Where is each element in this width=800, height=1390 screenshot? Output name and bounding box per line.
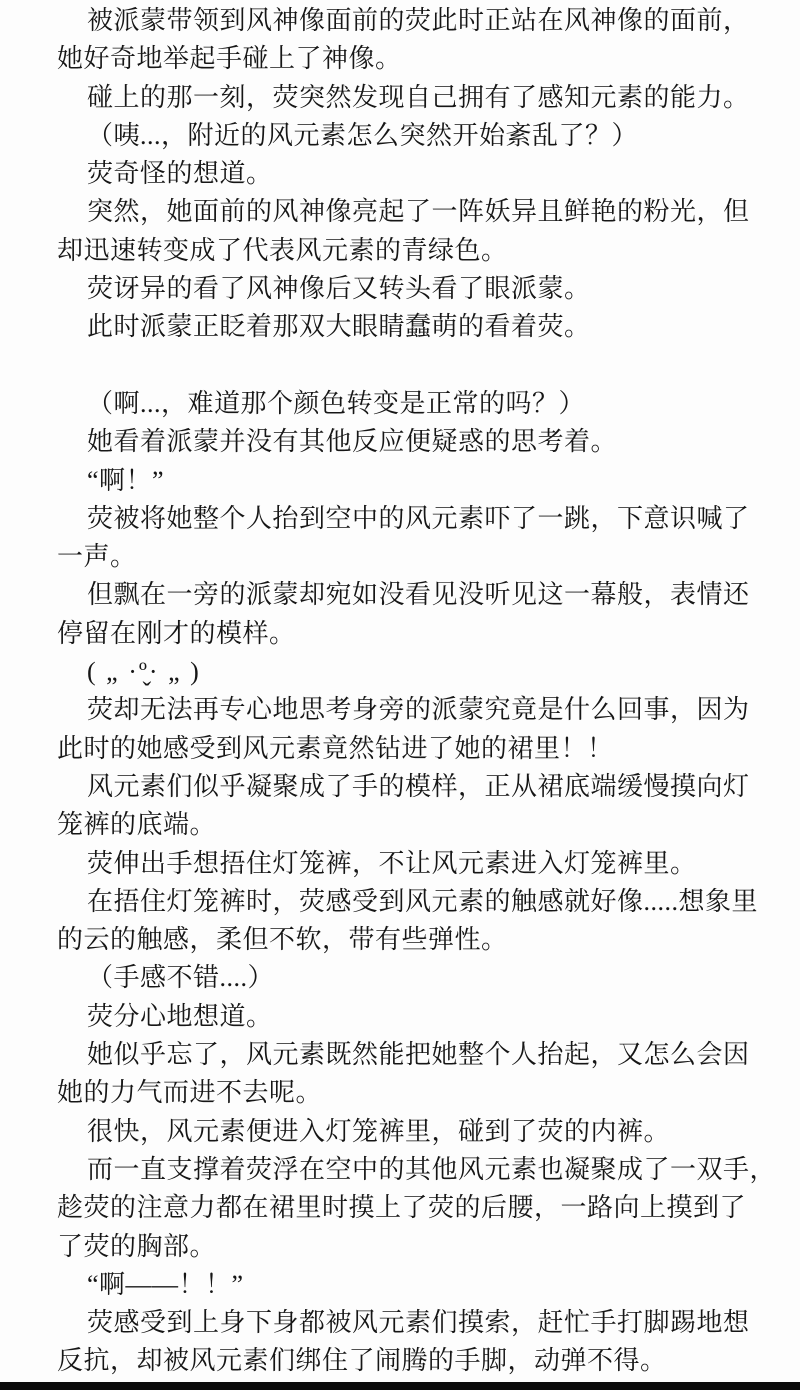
bottom-bar <box>0 1382 800 1390</box>
text-line: 荧分心地想道。 <box>57 998 756 1036</box>
text-line: 此时派蒙正眨着那双大眼睛蠢萌的看着荧。 <box>57 308 756 346</box>
text-line: 她的力气而进不去呢。 <box>57 1074 756 1112</box>
text-line: 但飘在一旁的派蒙却宛如没看见没听见这一幕般，表情还 <box>57 576 756 614</box>
blank-line <box>57 347 756 385</box>
text-line: 荧讶异的看了风神像后又转头看了眼派蒙。 <box>57 270 756 308</box>
text-line: 而一直支撑着荧浮在空中的其他风元素也凝聚成了一双手， <box>57 1151 756 1189</box>
text-line: 趁荧的注意力都在裙里时摸上了荧的后腰，一路向上摸到了 <box>57 1189 756 1227</box>
text-line: 她似乎忘了，风元素既然能把她整个人抬起，又怎么会因 <box>57 1036 756 1074</box>
text-line: 她看着派蒙并没有其他反应便疑惑的思考着。 <box>57 423 756 461</box>
text-line: 却迅速转变成了代表风元素的青绿色。 <box>57 232 756 270</box>
text-line: 停留在刚才的模样。 <box>57 615 756 653</box>
text-line: 此时的她感受到风元素竟然钻进了她的裙里！！ <box>57 730 756 768</box>
text-line: “啊！” <box>57 462 756 500</box>
text-line: （啊...，难道那个颜色转变是正常的吗？） <box>57 385 756 423</box>
text-line: 反抗，却被风元素们绑住了闹腾的手脚，动弹不得。 <box>57 1342 756 1380</box>
text-line: 突然，她面前的风神像亮起了一阵妖异且鲜艳的粉光，但 <box>57 193 756 231</box>
text-line: 被派蒙带领到风神像面前的荧此时正站在风神像的面前， <box>57 2 756 40</box>
text-line: 荧奇怪的想道。 <box>57 155 756 193</box>
text-line: 荧却无法再专心地思考身旁的派蒙究竟是什么回事，因为 <box>57 691 756 729</box>
text-line: 的云的触感，柔但不软，带有些弹性。 <box>57 921 756 959</box>
text-line: 了荧的胸部。 <box>57 1228 756 1266</box>
text-line: （咦...，附近的风元素怎么突然开始紊乱了？） <box>57 117 756 155</box>
text-line: 笼裤的底端。 <box>57 806 756 844</box>
kaomoji-line: ( „ ·º̬· „ ) <box>57 653 756 691</box>
text-line: 荧被将她整个人抬到空中的风元素吓了一跳，下意识喊了 <box>57 500 756 538</box>
novel-page: 被派蒙带领到风神像面前的荧此时正站在风神像的面前，她好奇地举起手碰上了神像。碰上… <box>0 0 800 1390</box>
text-line: 很快，风元素便进入灯笼裤里，碰到了荧的内裤。 <box>57 1113 756 1151</box>
text-line: “啊——！！” <box>57 1266 756 1304</box>
novel-text: 被派蒙带领到风神像面前的荧此时正站在风神像的面前，她好奇地举起手碰上了神像。碰上… <box>0 0 800 1381</box>
text-line: 风元素们似乎凝聚成了手的模样，正从裙底端缓慢摸向灯 <box>57 768 756 806</box>
text-line: 她好奇地举起手碰上了神像。 <box>57 40 756 78</box>
text-line: 荧感受到上身下身都被风元素们摸索，赶忙手打脚踢地想 <box>57 1304 756 1342</box>
text-line: 一声。 <box>57 538 756 576</box>
text-line: （手感不错....） <box>57 959 756 997</box>
text-line: 在捂住灯笼裤时，荧感受到风元素的触感就好像.....想象里 <box>57 883 756 921</box>
text-line: 碰上的那一刻，荧突然发现自己拥有了感知元素的能力。 <box>57 79 756 117</box>
text-line: 荧伸出手想捂住灯笼裤，不让风元素进入灯笼裤里。 <box>57 845 756 883</box>
